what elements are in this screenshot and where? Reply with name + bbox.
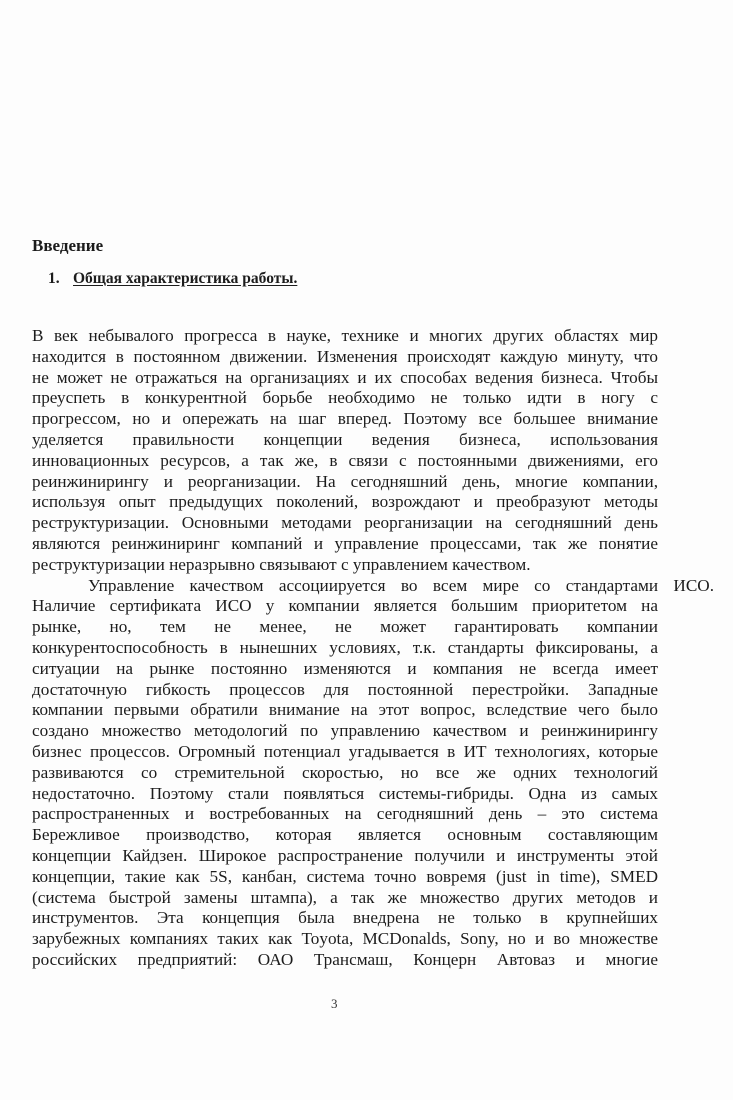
text-line: бизнес процессов. Огромный потенциал уга…	[32, 742, 658, 763]
text-line: прогрессом, но и опережать на шаг вперед…	[32, 409, 658, 430]
text-line: Управление качеством ассоциируется во вс…	[32, 576, 714, 597]
subsection-title: Общая характеристика работы.	[73, 270, 297, 287]
text-line: уделяется правильности концепции ведения…	[32, 430, 658, 451]
text-line: (система быстрой замены штампа), а так ж…	[32, 888, 658, 909]
text-line: реструктуризации. Основными методами рео…	[32, 513, 658, 534]
text-line: являются реинжиниринг компаний и управле…	[32, 534, 658, 555]
text-line: находится в постоянном движении. Изменен…	[32, 347, 658, 368]
text-line: зарубежных компаниях таких как Toyota, M…	[32, 929, 658, 950]
subsection-heading: 1.Общая характеристика работы.	[48, 270, 297, 288]
text-line: недостаточно. Поэтому стали появляться с…	[32, 784, 658, 805]
subsection-number: 1.	[48, 270, 73, 288]
text-line: инструментов. Эта концепция была внедрен…	[32, 908, 658, 929]
text-line: развиваются со стремительной скоростью, …	[32, 763, 658, 784]
text-line: конкурентоспособность в нынешних условия…	[32, 638, 658, 659]
section-heading: Введение	[32, 236, 103, 256]
text-line: не может не отражаться на организациях и…	[32, 368, 658, 389]
text-line: компании первыми обратили внимание на эт…	[32, 700, 658, 721]
text-line: реинжинирингу и реорганизации. На сегодн…	[32, 472, 658, 493]
document-page: Введение 1.Общая характеристика работы. …	[0, 0, 733, 1100]
text-line: российских предприятий: ОАО Трансмаш, Ко…	[32, 950, 658, 971]
text-line: достаточную гибкость процессов для посто…	[32, 680, 658, 701]
text-line: ситуации на рынке постоянно изменяются и…	[32, 659, 658, 680]
text-line: создано множество методологий по управле…	[32, 721, 658, 742]
text-line: инновационных ресурсов, а так же, в связ…	[32, 451, 658, 472]
text-line: реструктуризации неразрывно связывают с …	[32, 555, 658, 576]
text-line: концепции, такие как 5S, канбан, система…	[32, 867, 658, 888]
page-number: 3	[331, 996, 338, 1012]
text-line: Наличие сертификата ИСО у компании являе…	[32, 596, 658, 617]
text-line: концепции Кайдзен. Широкое распространен…	[32, 846, 658, 867]
text-line: В век небывалого прогресса в науке, техн…	[32, 326, 658, 347]
text-line: Бережливое производство, которая являетс…	[32, 825, 658, 846]
text-line: используя опыт предыдущих поколений, воз…	[32, 492, 658, 513]
text-line: рынке, но, тем не менее, не может гарант…	[32, 617, 658, 638]
body-paragraphs: В век небывалого прогресса в науке, техн…	[32, 326, 658, 971]
text-line: преуспеть в конкурентной борьбе необходи…	[32, 388, 658, 409]
text-line: распространенных и востребованных на сег…	[32, 804, 658, 825]
